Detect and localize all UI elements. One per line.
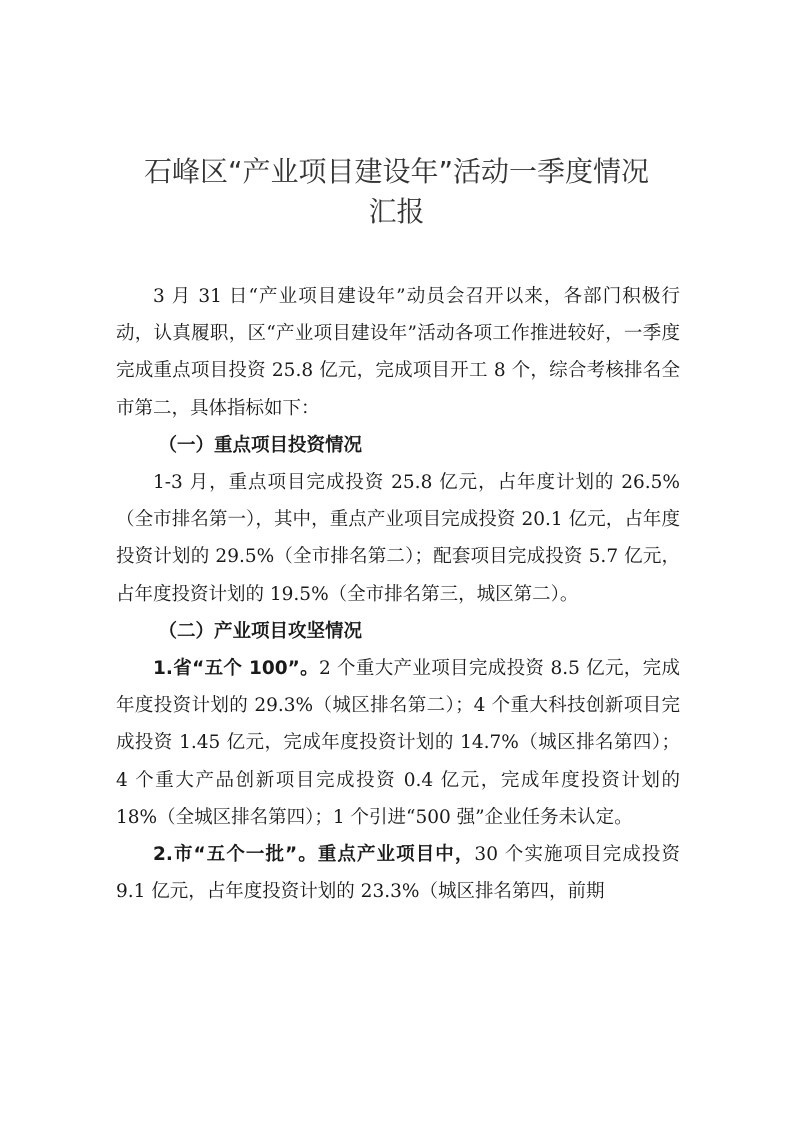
document-page: 石峰区“产业项目建设年”活动一季度情况 汇报 3 月 31 日“产业项目建设年”… (0, 0, 793, 1122)
section-2-item-2: 2.市“五个一批”。重点产业项目中，30 个实施项目完成投资 9.1 亿元，占年… (116, 836, 680, 910)
item-1-lead: 1.省“五个 100”。 (153, 658, 319, 679)
section-1-paragraph: 1-3 月，重点项目完成投资 25.8 亿元，占年度计划的 26.5%（全市排名… (116, 464, 680, 613)
section-2-item-1: 1.省“五个 100”。2 个重大产业项目完成投资 8.5 亿元，完成年度投资计… (116, 650, 680, 836)
item-1-text: 2 个重大产业项目完成投资 8.5 亿元，完成年度投资计划的 29.3%（城区排… (116, 658, 680, 828)
intro-paragraph: 3 月 31 日“产业项目建设年”动员会召开以来，各部门积极行动，认真履职，区“… (116, 278, 680, 427)
title-line-2: 汇报 (110, 192, 683, 232)
section-1-heading: （一）重点项目投资情况 (116, 427, 680, 464)
document-title: 石峰区“产业项目建设年”活动一季度情况 汇报 (110, 152, 683, 232)
title-line-1: 石峰区“产业项目建设年”活动一季度情况 (110, 152, 683, 192)
document-body: 3 月 31 日“产业项目建设年”动员会召开以来，各部门积极行动，认真履职，区“… (116, 278, 680, 910)
section-2-heading: （二）产业项目攻坚情况 (116, 613, 680, 650)
item-2-lead: 2.市“五个一批”。重点产业项目中， (153, 844, 474, 865)
